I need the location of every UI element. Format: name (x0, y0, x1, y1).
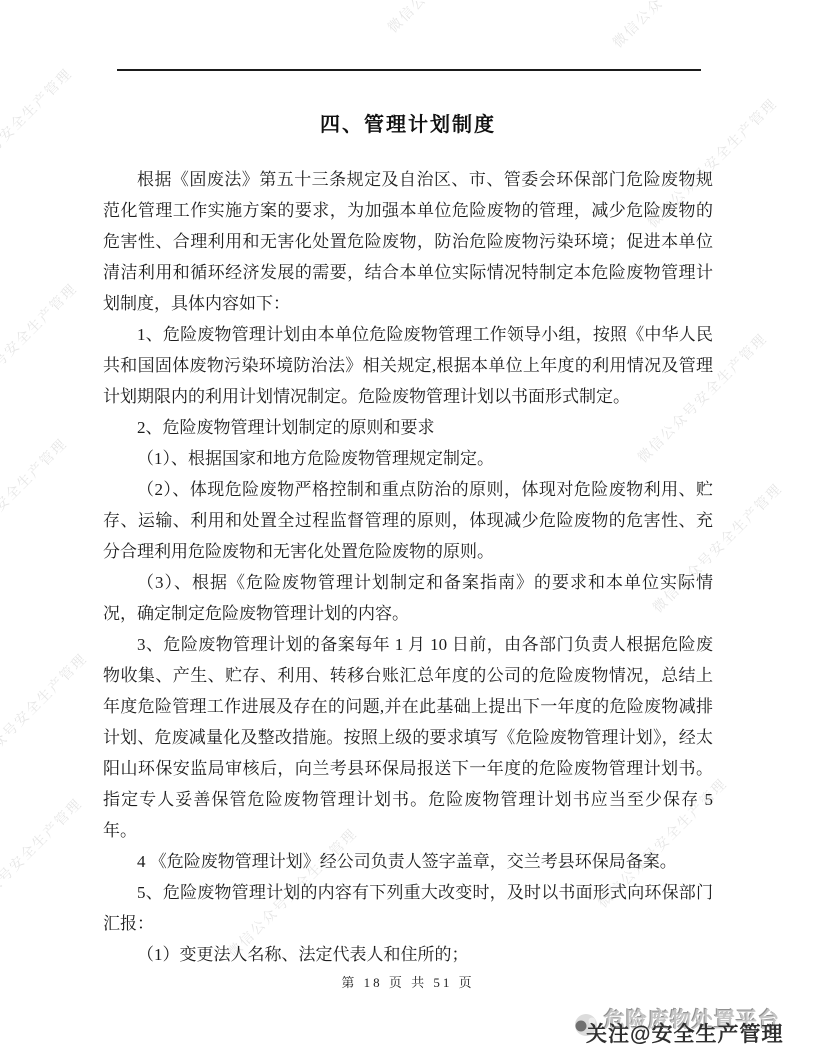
document-page: 微信公众号安全生产管理微信公众号安全生产管理微信公众号安全生产管理微信公众号安全… (0, 0, 816, 1056)
paragraph-item-1: 1、危险废物管理计划由本单位危险废物管理工作领导小组，按照《中华人民共和国固体废… (103, 319, 713, 412)
page-title: 四、管理计划制度 (103, 108, 713, 137)
document-content: 四、管理计划制度 根据《固废法》第五十三条规定及自治区、市、管委会环保部门危险废… (103, 0, 713, 970)
watermark-text: 微信公众号安全生产管理 (0, 63, 77, 202)
paragraph-item-5: 5、危险废物管理计划的内容有下列重大改变时，及时以书面形式向环保部门汇报： (103, 877, 713, 939)
paragraph-item-2-1: （1）、根据国家和地方危险废物管理规定制定。 (103, 443, 713, 474)
watermark-text: 微信公众号安全生产管理 (0, 433, 72, 572)
paragraph-item-2-2: （2）、体现危险废物严格控制和重点防治的原则，体现对危险废物利用、贮存、运输、利… (103, 474, 713, 567)
brand-watermark: 危险废物处置平台 关注@安全生产管理 (572, 1000, 812, 1054)
paragraph-item-2: 2、危险废物管理计划制定的原则和要求 (103, 412, 713, 443)
page-number: 第 18 页 共 51 页 (0, 972, 816, 991)
watermark-text: 微信公众号安全生产管理 (0, 278, 82, 417)
paragraph-intro: 根据《固废法》第五十三条规定及自治区、市、管委会环保部门危险废物规范化管理工作实… (103, 164, 713, 319)
watermark-text: 微信公众号安全生产管理 (0, 793, 87, 932)
paragraph-item-4: 4 《危险废物管理计划》经公司负责人签字盖章，交兰考县环保局备案。 (103, 846, 713, 877)
body-text: 根据《固废法》第五十三条规定及自治区、市、管委会环保部门危险废物规范化管理工作实… (103, 164, 713, 970)
brand-account-text: 关注@安全生产管理 (586, 1018, 783, 1048)
paragraph-item-5-1: （1）变更法人名称、法定代表人和住所的； (103, 939, 713, 970)
paragraph-item-2-3: （3）、根据《危险废物管理计划制定和备案指南》的要求和本单位实际情况，确定制定危… (103, 567, 713, 629)
header-rule (117, 69, 701, 71)
paragraph-item-3: 3、危险废物管理计划的备案每年 1 月 10 日前，由各部门负责人根据危险废物收… (103, 629, 713, 846)
watermark-text: 微信公众号安全生产管理 (0, 648, 92, 787)
